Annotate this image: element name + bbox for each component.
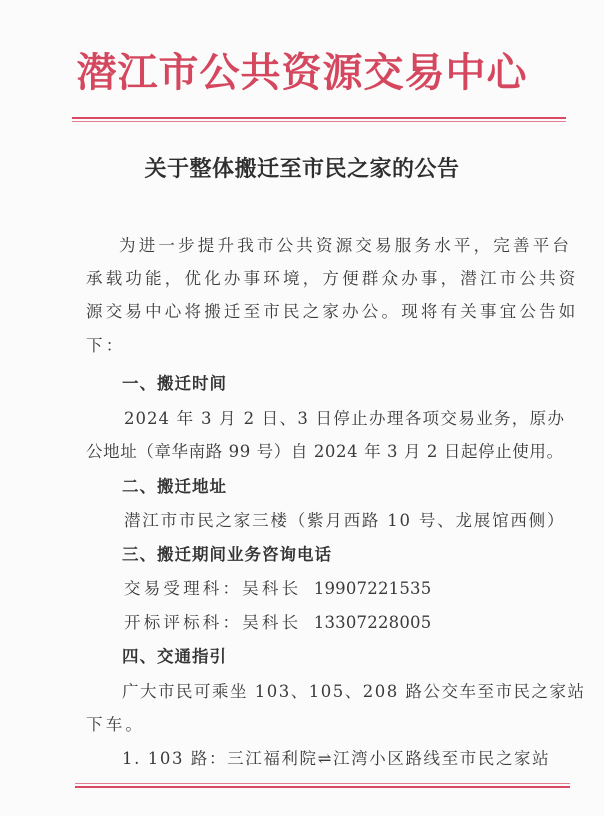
masthead-organization-name: 潜江市公共资源交易中心 xyxy=(0,46,604,100)
contact-trading-acceptance: 交易受理科：吴科长 19907221535 xyxy=(124,577,431,601)
intro-line-2: 承载功能，优化办事环境，方便群众办事，潜江市公共资 xyxy=(86,267,565,291)
contact-phone: 13307228005 xyxy=(314,613,432,632)
footer-red-rule xyxy=(75,783,570,789)
contact-phone: 19907221535 xyxy=(314,579,432,598)
rule-thick-line xyxy=(75,786,570,788)
rule-thin-line xyxy=(72,121,566,122)
rule-thin-line xyxy=(75,783,570,784)
rule-thick-line xyxy=(72,117,566,119)
section-heading-consultation-phones: 三、搬迁期间业务咨询电话 xyxy=(122,543,332,567)
contact-bid-evaluation: 开标评标科：吴科长 13307228005 xyxy=(124,611,431,635)
relocation-time-line-1: 2024 年 3 月 2 日、3 日停止办理各项交易业务，原办 xyxy=(124,407,565,431)
contact-dept: 交易受理科：吴科长 xyxy=(124,579,301,598)
document-page: 潜江市公共资源交易中心 关于整体搬迁至市民之家的公告 为进一步提升我市公共资源交… xyxy=(0,0,604,816)
intro-line-3: 源交易中心将搬迁至市民之家办公。现将有关事宜公告如 xyxy=(86,300,565,324)
relocation-address-line: 潜江市市民之家三楼（紫月西路 10 号、龙展馆西侧） xyxy=(124,509,565,533)
document-title: 关于整体搬迁至市民之家的公告 xyxy=(0,153,604,185)
section-heading-transport-guide: 四、交通指引 xyxy=(122,645,227,669)
transport-line-2: 下车。 xyxy=(86,713,145,737)
section-heading-relocation-address: 二、搬迁地址 xyxy=(122,475,227,499)
contact-dept: 开标评标科：吴科长 xyxy=(124,613,301,632)
section-heading-relocation-time: 一、搬迁时间 xyxy=(122,372,227,396)
transport-line-1: 广大市民可乘坐 103、105、208 路公交车至市民之家站 xyxy=(122,680,564,704)
intro-line-4: 下： xyxy=(86,334,125,358)
relocation-time-line-2: 公地址（章华南路 99 号）自 2024 年 3 月 2 日起停止使用。 xyxy=(86,440,564,464)
transport-route-103: 1. 103 路：三江福利院⇌江湾小区路线至市民之家站 xyxy=(122,747,550,771)
intro-line-1: 为进一步提升我市公共资源交易服务水平，完善平台 xyxy=(119,234,565,258)
masthead-red-rule xyxy=(72,117,566,123)
